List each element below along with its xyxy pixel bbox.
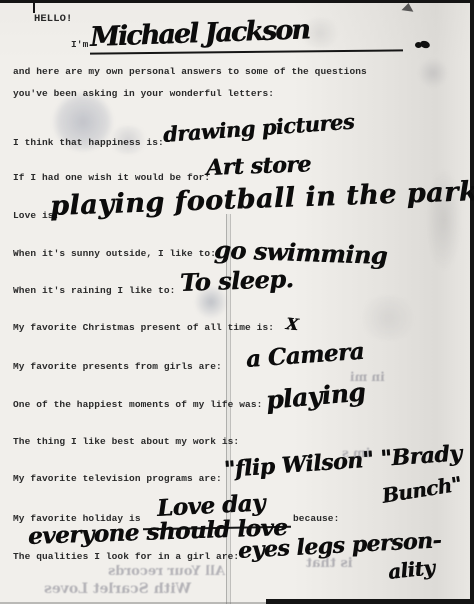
handwritten-answer: go swimming bbox=[213, 235, 387, 270]
question-label: The qualities I look for in a girl are: bbox=[13, 551, 239, 562]
scanned-questionnaire-page: HELLO! I'm Michael Jackson and here are … bbox=[0, 0, 474, 604]
bleedthrough-text: is that bbox=[306, 556, 353, 571]
smudge bbox=[356, 296, 420, 340]
scan-edge-bottom bbox=[266, 599, 474, 604]
bleedthrough-text: With Scarlet Loves bbox=[44, 581, 191, 597]
handwritten-answer: To sleep. bbox=[179, 264, 293, 297]
question-label: One of the happiest moments of my life w… bbox=[13, 399, 262, 410]
handwritten-answer: drawing pictures bbox=[162, 109, 355, 147]
handwritten-answer-continued: ality bbox=[387, 555, 436, 584]
greeting-text: HELLO! bbox=[34, 13, 72, 25]
question-label: My favorite Christmas present of all tim… bbox=[13, 322, 274, 333]
bleedthrough-text: All Your records bbox=[108, 564, 225, 579]
smudge bbox=[418, 58, 448, 88]
intro-line: you've been asking in your wonderful let… bbox=[13, 88, 274, 99]
registration-tick bbox=[33, 2, 35, 13]
question-label: I think that happiness is: bbox=[13, 137, 164, 148]
handwritten-answer: a Camera bbox=[245, 338, 365, 373]
question-label: The thing I like best about my work is: bbox=[13, 436, 239, 447]
question-label: My favorite presents from girls are: bbox=[13, 361, 222, 372]
question-label: My favorite television programs are: bbox=[13, 473, 222, 484]
handwritten-answer: X bbox=[285, 314, 299, 334]
question-label: If I had one wish it would be for: bbox=[13, 172, 210, 183]
scan-edge-right bbox=[470, 0, 474, 604]
handwritten-answer-continued: Bunch" bbox=[380, 472, 463, 508]
intro-line: and here are my own personal answers to … bbox=[13, 66, 367, 77]
bleedthrough-text: im s bbox=[342, 446, 370, 460]
signature-handwriting: Michael Jackson bbox=[89, 14, 309, 53]
im-label: I'm bbox=[71, 39, 88, 50]
question-label: When it's sunny outside, I like to: bbox=[13, 248, 216, 259]
question-label-suffix: because: bbox=[293, 513, 339, 524]
question-label: When it's raining I like to: bbox=[13, 285, 175, 296]
handwritten-answer: Art store bbox=[206, 151, 312, 181]
ink-dot bbox=[415, 42, 422, 48]
bleedthrough-text: in mi bbox=[350, 370, 385, 384]
ink-speck-triangle bbox=[402, 2, 415, 12]
